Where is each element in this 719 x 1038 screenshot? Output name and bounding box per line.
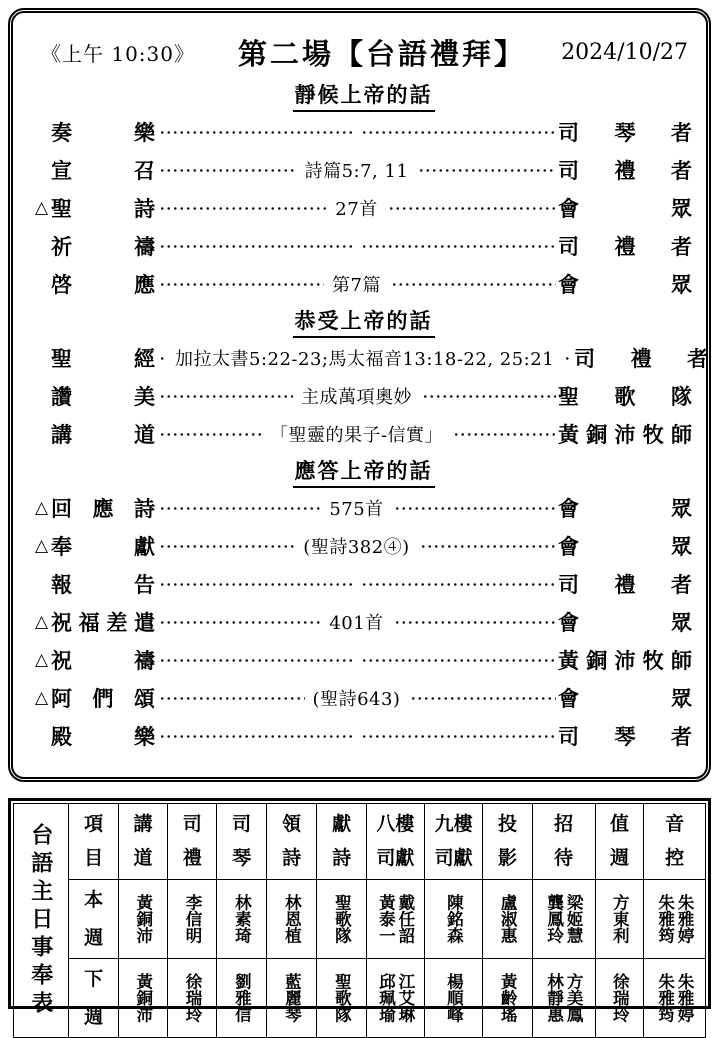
triangle-marker: △ xyxy=(35,198,51,218)
duty-col-header: 九樓 司獻 xyxy=(425,804,483,880)
program-item-label: 祝禱 xyxy=(51,645,155,675)
duty-roster-table: 台語主日事奉表 項 目 講 道 司 禮 司 琴 領 詩 獻 詩 八樓 司獻 九樓… xyxy=(8,798,711,1009)
program-item-label: 報告 xyxy=(51,569,155,599)
dotted-leader xyxy=(420,377,556,415)
dotted-leader xyxy=(157,679,305,717)
dotted-leader xyxy=(418,527,556,565)
sheet-header: 《上午 10:30》 第二場【台語禮拜】 2024/10/27 xyxy=(35,29,692,75)
program-item-label: 祈禱 xyxy=(51,231,155,261)
duty-row-next-week: 下 週 黃銅沛 徐瑞玲 劉雅信 藍麗琴 聖歌隊 江艾琳 邱珮瑜 楊順峰 黃齡瑤 … xyxy=(14,959,706,1038)
dotted-leader xyxy=(359,113,557,151)
dotted-leader xyxy=(157,415,262,453)
program-item-role: 會眾 xyxy=(558,493,692,523)
duty-cell: 梁姬慧 龔鳳玲 xyxy=(532,880,595,959)
service-date: 2024/10/27 xyxy=(553,40,688,65)
duty-table-side-title: 台語主日事奉表 xyxy=(14,804,69,1038)
program-item-label: 講道 xyxy=(51,419,155,449)
duty-cell: 徐瑞玲 xyxy=(168,959,217,1038)
dotted-leader xyxy=(157,265,324,303)
dotted-leader xyxy=(416,151,556,189)
duty-cell: 聖歌隊 xyxy=(317,880,366,959)
dotted-leader xyxy=(157,717,355,755)
section-title: 恭受上帝的話 xyxy=(293,305,435,338)
duty-row-label: 本 週 xyxy=(69,880,118,959)
program-row: 啓應 第7篇 會眾 xyxy=(35,265,692,303)
program-item-role: 司琴者 xyxy=(558,117,692,147)
program-item-label: 啓應 xyxy=(51,269,155,299)
program-row: △ 聖詩 27首 會眾 xyxy=(35,189,692,227)
program-row: 奏樂 司琴者 xyxy=(35,113,692,151)
program-item-role: 司禮者 xyxy=(558,569,692,599)
program-item-detail: 第7篇 xyxy=(326,271,387,297)
dotted-leader xyxy=(359,565,557,603)
duty-cell: 聖歌隊 xyxy=(317,959,366,1038)
dotted-leader xyxy=(157,377,293,415)
service-time: 《上午 10:30》 xyxy=(41,38,211,67)
duty-cell: 方東利 xyxy=(595,880,644,959)
dotted-leader xyxy=(157,151,297,189)
program-item-detail: (聖詩643) xyxy=(307,685,407,711)
program-row: 報告 司禮者 xyxy=(35,565,692,603)
program-item-label: 聖詩 xyxy=(51,193,155,223)
duty-cell: 劉雅信 xyxy=(217,959,266,1038)
program-row: △ 回應詩 575首 會眾 xyxy=(35,489,692,527)
section-title: 靜候上帝的話 xyxy=(293,79,435,112)
dotted-leader xyxy=(392,489,556,527)
duty-col-header: 司 禮 xyxy=(168,804,217,880)
dotted-leader xyxy=(157,527,295,565)
program-row: △ 祝福差遣 401首 會眾 xyxy=(35,603,692,641)
dotted-leader xyxy=(359,227,557,265)
program-item-label: 奏樂 xyxy=(51,117,155,147)
dotted-leader xyxy=(157,489,321,527)
program-item-role: 黃銅沛牧師 xyxy=(558,645,692,675)
dotted-leader xyxy=(392,603,556,641)
program-row: 殿樂 司琴者 xyxy=(35,717,692,755)
duty-cell: 朱雅婷 朱雅筠 xyxy=(644,959,706,1038)
duty-cell: 藍麗琴 xyxy=(266,959,317,1038)
program-item-label: 讚美 xyxy=(51,381,155,411)
program-item-detail: 401首 xyxy=(323,609,389,635)
program-item-role: 會眾 xyxy=(558,683,692,713)
program-item-detail: 27首 xyxy=(329,195,383,221)
section-heading: 應答上帝的話 xyxy=(35,453,692,489)
duty-cell: 戴任詔 黃泰一 xyxy=(366,880,424,959)
duty-col-header: 招 待 xyxy=(532,804,595,880)
duty-col-header: 獻 詩 xyxy=(317,804,366,880)
program-item-role: 司禮者 xyxy=(558,231,692,261)
program-item-role: 司琴者 xyxy=(558,721,692,751)
duty-cell: 朱雅婷 朱雅筠 xyxy=(644,880,706,959)
triangle-marker: △ xyxy=(35,536,51,556)
dotted-leader xyxy=(408,679,556,717)
dotted-leader xyxy=(359,717,557,755)
triangle-marker: △ xyxy=(35,612,51,632)
program-item-role: 司禮者 xyxy=(558,155,692,185)
section-heading: 恭受上帝的話 xyxy=(35,303,692,339)
program-item-role: 會眾 xyxy=(558,269,692,299)
program-row: 讚美 主成萬項奧妙 聖歌隊 xyxy=(35,377,692,415)
program-row: △ 祝禱 黃銅沛牧師 xyxy=(35,641,692,679)
duty-col-header: 值 週 xyxy=(595,804,644,880)
duty-cell: 盧淑惠 xyxy=(483,880,532,959)
dotted-leader xyxy=(157,113,355,151)
duty-cell: 黃銅沛 xyxy=(118,959,167,1038)
duty-cell: 黃齡瑤 xyxy=(483,959,532,1038)
program-item-detail: (聖詩382④) xyxy=(297,533,415,559)
program-row: 宣召 詩篇5:7, 11 司禮者 xyxy=(35,151,692,189)
program-row: 聖經 加拉太書5:22-23;馬太福音13:18-22, 25:21 司禮者 xyxy=(35,339,692,377)
triangle-marker: △ xyxy=(35,688,51,708)
program-item-detail: 主成萬項奧妙 xyxy=(295,383,418,409)
program-item-label: 殿樂 xyxy=(51,721,155,751)
program-row: 講道 「聖靈的果子-信實」 黃銅沛牧師 xyxy=(35,415,692,453)
program-item-role: 會眾 xyxy=(558,193,692,223)
duty-cell: 江艾琳 邱珮瑜 xyxy=(366,959,424,1038)
duty-col-header: 八樓 司獻 xyxy=(366,804,424,880)
duty-table-title-text: 台語主日事奉表 xyxy=(26,823,57,1019)
program-item-label: 阿們頌 xyxy=(51,683,155,713)
program-item-label: 回應詩 xyxy=(51,493,155,523)
program-row: 祈禱 司禮者 xyxy=(35,227,692,265)
dotted-leader xyxy=(157,603,321,641)
duty-cell: 楊順峰 xyxy=(425,959,483,1038)
bulletin-page: { "header": { "time": "《上午 10:30》", "tit… xyxy=(0,0,719,1015)
duty-cell: 李信明 xyxy=(168,880,217,959)
program-row: △ 阿們頌 (聖詩643) 會眾 xyxy=(35,679,692,717)
duty-cell: 徐瑞玲 xyxy=(595,959,644,1038)
dotted-leader xyxy=(359,641,557,679)
page-title: 第二場【台語禮拜】 xyxy=(211,32,553,73)
program-item-label: 奉獻 xyxy=(51,531,155,561)
program-item-label: 宣召 xyxy=(51,155,155,185)
program-item-label: 祝福差遣 xyxy=(51,607,155,637)
duty-cell: 林恩植 xyxy=(266,880,317,959)
duty-row-this-week: 本 週 黃銅沛 李信明 林素琦 林恩植 聖歌隊 戴任詔 黃泰一 陳銘森 盧淑惠 … xyxy=(14,880,706,959)
dotted-leader xyxy=(451,415,556,453)
duty-cell: 黃銅沛 xyxy=(118,880,167,959)
program-item-role: 聖歌隊 xyxy=(558,381,692,411)
program-item-detail: 加拉太書5:22-23;馬太福音13:18-22, 25:21 xyxy=(169,345,560,371)
dotted-leader xyxy=(157,339,167,377)
triangle-marker: △ xyxy=(35,650,51,670)
program-item-role: 司禮者 xyxy=(574,343,708,373)
duty-cell: 方美鳳 林靜惠 xyxy=(532,959,595,1038)
duty-col-header: 司 琴 xyxy=(217,804,266,880)
dotted-leader xyxy=(157,227,355,265)
section-title: 應答上帝的話 xyxy=(293,455,435,488)
program-row: △ 奉獻 (聖詩382④) 會眾 xyxy=(35,527,692,565)
program-item-label: 聖經 xyxy=(51,343,155,373)
program-item-role: 會眾 xyxy=(558,531,692,561)
program-item-detail: 575首 xyxy=(323,495,389,521)
triangle-marker: △ xyxy=(35,498,51,518)
dotted-leader xyxy=(157,641,355,679)
program-item-role: 會眾 xyxy=(558,607,692,637)
section-heading: 靜候上帝的話 xyxy=(35,77,692,113)
dotted-leader xyxy=(389,265,556,303)
duty-col-header: 項 目 xyxy=(69,804,118,880)
duty-col-header: 音 控 xyxy=(644,804,706,880)
duty-col-header: 投 影 xyxy=(483,804,532,880)
program-item-detail: 詩篇5:7, 11 xyxy=(299,157,415,183)
program-sheet: 《上午 10:30》 第二場【台語禮拜】 2024/10/27 靜候上帝的話 奏… xyxy=(8,8,711,782)
duty-row-label: 下 週 xyxy=(69,959,118,1038)
duty-cell: 林素琦 xyxy=(217,880,266,959)
program-item-detail: 「聖靈的果子-信實」 xyxy=(264,421,449,447)
program-item-role: 黃銅沛牧師 xyxy=(558,419,692,449)
dotted-leader xyxy=(157,565,355,603)
dotted-leader xyxy=(157,189,327,227)
dotted-leader xyxy=(386,189,556,227)
duty-cell: 陳銘森 xyxy=(425,880,483,959)
duty-col-header: 領 詩 xyxy=(266,804,317,880)
duty-col-header: 講 道 xyxy=(118,804,167,880)
dotted-leader xyxy=(562,339,572,377)
